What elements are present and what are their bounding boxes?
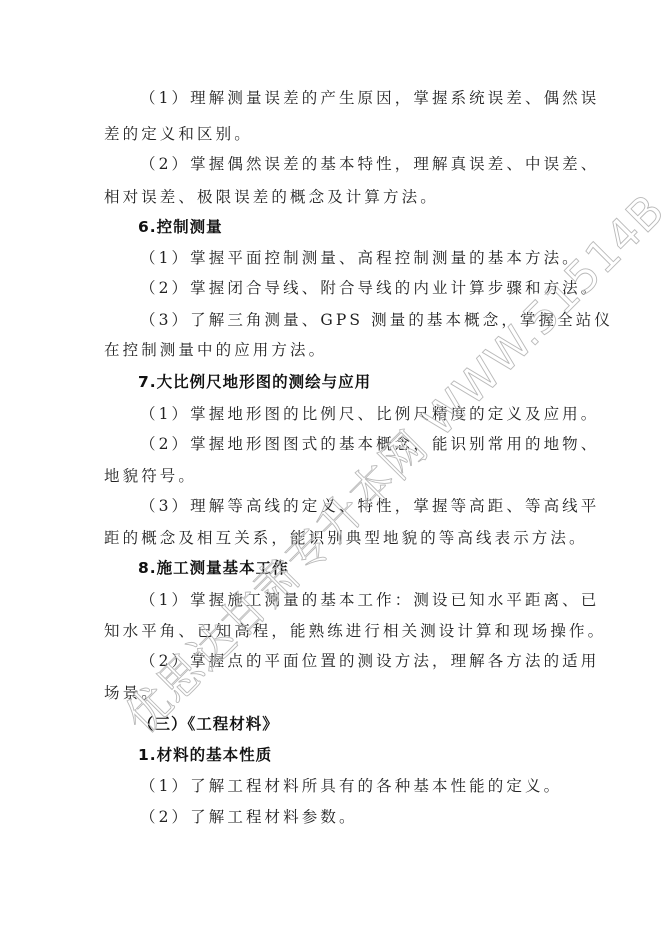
paragraph-line: （1）理解测量误差的产生原因，掌握系统误差、偶然误: [140, 88, 599, 108]
paragraph-line: （3）了解三角测量、GPS 测量的基本概念，掌握全站仪: [140, 310, 613, 330]
paragraph-line: （2）掌握点的平面位置的测设方法，理解各方法的适用: [140, 651, 599, 671]
paragraph-line: （2）掌握闭合导线、附合导线的内业计算步骤和方法。: [140, 278, 599, 298]
document-page: （1）理解测量误差的产生原因，掌握系统误差、偶然误 差的定义和区别。 （2）掌握…: [0, 0, 661, 935]
section-heading: 8.施工测量基本工作: [138, 558, 289, 578]
paragraph-line: （1）掌握施工测量的基本工作：测设已知水平距离、已: [140, 590, 599, 610]
paragraph-line: 地貌符号。: [104, 466, 197, 486]
paragraph-line: 距的概念及相互关系，能识别典型地貌的等高线表示方法。: [104, 528, 588, 548]
paragraph-line: （2）了解工程材料参数。: [140, 807, 358, 827]
paragraph-line: （1）了解工程材料所具有的各种基本性能的定义。: [140, 776, 562, 796]
section-heading: 7.大比例尺地形图的测绘与应用: [138, 372, 371, 392]
paragraph-line: 知水平角、已知高程，能熟练进行相关测设计算和现场操作。: [104, 621, 606, 641]
paragraph-line: （3）理解等高线的定义、特性，掌握等高距、等高线平: [140, 496, 599, 516]
paragraph-line: （1）掌握地形图的比例尺、比例尺精度的定义及应用。: [140, 404, 599, 424]
paragraph-line: （2）掌握偶然误差的基本特性，理解真误差、中误差、: [140, 154, 599, 174]
paragraph-line: 差的定义和区别。: [104, 124, 253, 144]
paragraph-line: 场景。: [104, 683, 160, 703]
paragraph-line: 在控制测量中的应用方法。: [104, 340, 327, 360]
paragraph-line: 相对误差、极限误差的概念及计算方法。: [104, 187, 439, 207]
section-heading: 6.控制测量: [138, 217, 223, 237]
section-heading: 1.材料的基本性质: [138, 745, 272, 765]
paragraph-line: （1）掌握平面控制测量、高程控制测量的基本方法。: [140, 248, 581, 268]
paragraph-line: （2）掌握地形图图式的基本概念，能识别常用的地物、: [140, 434, 599, 454]
part-heading: （三）《工程材料》: [138, 714, 279, 734]
